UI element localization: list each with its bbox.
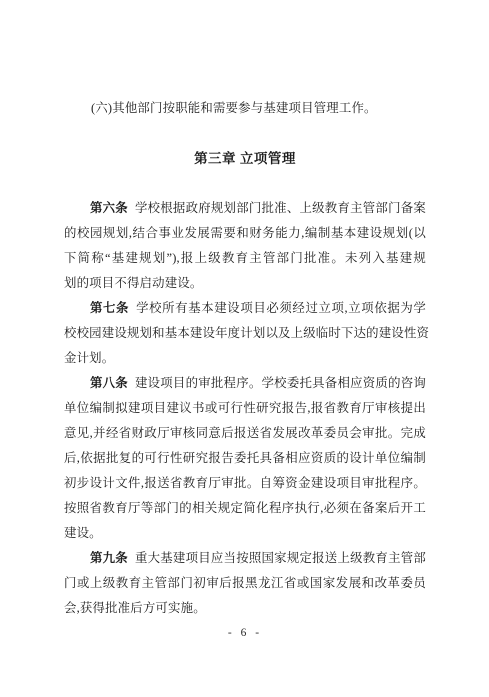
article-8-line-5: 初步设计文件,报送省教育厅审批。自筹资金建设项目审批程序。 bbox=[64, 471, 426, 496]
article-7-line-2: 校校园建设规划和基本建设年度计划以及上级临时下达的建设性资 bbox=[64, 321, 426, 346]
article-9-line-1: 第九条重大基建项目应当按照国家规定报送上级教育主管部 bbox=[64, 546, 426, 571]
article-7-label: 第七条 bbox=[90, 301, 129, 315]
chapter-heading: 第三章 立项管理 bbox=[64, 146, 426, 171]
article-9-line-1-text: 重大基建项目应当按照国家规定报送上级教育主管部 bbox=[135, 551, 426, 565]
document-page: (六)其他部门按职能和需要参与基建项目管理工作。 第三章 立项管理 第六条学校根… bbox=[0, 0, 489, 697]
article-7-line-3: 金计划。 bbox=[64, 346, 426, 371]
article-8-line-2: 单位编制拟建项目建议书或可行性研究报告,报省教育厅审核提出 bbox=[64, 396, 426, 421]
article-9: 第九条重大基建项目应当按照国家规定报送上级教育主管部 门或上级教育主管部门初审后… bbox=[64, 546, 426, 621]
article-6-line-2: 的校园规划,结合事业发展需要和财务能力,编制基本建设规划(以 bbox=[64, 221, 426, 246]
article-6-line-1-text: 学校根据政府规划部门批准、上级教育主管部门备案 bbox=[135, 201, 426, 215]
article-8: 第八条建设项目的审批程序。学校委托具备相应资质的咨询 单位编制拟建项目建议书或可… bbox=[64, 371, 426, 546]
article-7-line-1: 第七条学校所有基本建设项目必须经过立项,立项依据为学 bbox=[64, 296, 426, 321]
article-9-line-3: 会,获得批准后方可实施。 bbox=[64, 596, 426, 621]
document-content: (六)其他部门按职能和需要参与基建项目管理工作。 第三章 立项管理 第六条学校根… bbox=[64, 96, 426, 646]
article-6-line-3: 下简称“基建规划”),报上级教育主管部门批准。未列入基建规 bbox=[64, 246, 426, 271]
article-8-line-1-text: 建设项目的审批程序。学校委托具备相应资质的咨询 bbox=[135, 376, 426, 390]
article-6: 第六条学校根据政府规划部门批准、上级教育主管部门备案 的校园规划,结合事业发展需… bbox=[64, 196, 426, 296]
article-8-line-7: 建设。 bbox=[64, 521, 426, 546]
page-number: - 6 - bbox=[64, 621, 426, 646]
article-7: 第七条学校所有基本建设项目必须经过立项,立项依据为学 校校园建设规划和基本建设年… bbox=[64, 296, 426, 371]
article-9-line-2: 门或上级教育主管部门初审后报黑龙江省或国家发展和改革委员 bbox=[64, 571, 426, 596]
article-8-line-3: 意见,并经省财政厅审核同意后报送省发展改革委员会审批。完成 bbox=[64, 421, 426, 446]
article-6-line-1: 第六条学校根据政府规划部门批准、上级教育主管部门备案 bbox=[64, 196, 426, 221]
article-8-line-6: 按照省教育厅等部门的相关规定简化程序执行,必须在备案后开工 bbox=[64, 496, 426, 521]
article-8-line-1: 第八条建设项目的审批程序。学校委托具备相应资质的咨询 bbox=[64, 371, 426, 396]
article-8-label: 第八条 bbox=[90, 376, 128, 390]
intro-clause-line: (六)其他部门按职能和需要参与基建项目管理工作。 bbox=[64, 96, 426, 121]
article-6-line-4: 划的项目不得启动建设。 bbox=[64, 271, 426, 296]
article-6-label: 第六条 bbox=[90, 201, 128, 215]
article-9-label: 第九条 bbox=[90, 551, 128, 565]
article-8-line-4: 后,依据批复的可行性研究报告委托具备相应资质的设计单位编制 bbox=[64, 446, 426, 471]
article-7-line-1-text: 学校所有基本建设项目必须经过立项,立项依据为学 bbox=[136, 301, 426, 315]
